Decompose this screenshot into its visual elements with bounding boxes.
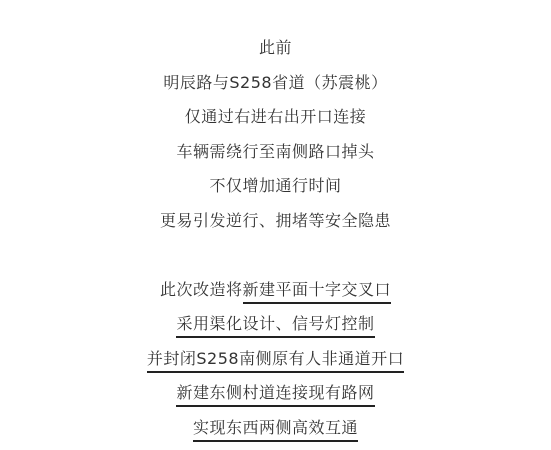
- text-line: 仅通过右进右出开口连接: [0, 100, 551, 135]
- underlined-text: 采用渠化设计、信号灯控制: [176, 314, 374, 338]
- text-line: 此次改造将新建平面十字交叉口: [0, 273, 551, 308]
- underlined-text: 新建东侧村道连接现有路网: [176, 383, 374, 407]
- text-line: 新建东侧村道连接现有路网: [0, 376, 551, 411]
- text-line: 此前: [0, 31, 551, 66]
- text-line: 实现东西两侧高效互通: [0, 411, 551, 446]
- text-line: 采用渠化设计、信号灯控制: [0, 307, 551, 342]
- text-line: 并封闭S258南侧原有人非通道开口: [0, 342, 551, 377]
- text-line: 车辆需绕行至南侧路口掉头: [0, 135, 551, 170]
- text-line: 明辰路与S258省道（苏震桃）: [0, 66, 551, 101]
- underlined-text: 新建平面十字交叉口: [243, 280, 392, 304]
- paragraph-gap: [0, 238, 551, 273]
- text-line: 更易引发逆行、拥堵等安全隐患: [0, 204, 551, 239]
- article-body: 此前 明辰路与S258省道（苏震桃） 仅通过右进右出开口连接 车辆需绕行至南侧路…: [0, 0, 551, 445]
- underlined-text: 并封闭S258南侧原有人非通道开口: [147, 349, 404, 373]
- text-line: 不仅增加通行时间: [0, 169, 551, 204]
- underlined-text: 实现东西两侧高效互通: [193, 418, 358, 442]
- plain-text: 此次改造将: [160, 280, 243, 299]
